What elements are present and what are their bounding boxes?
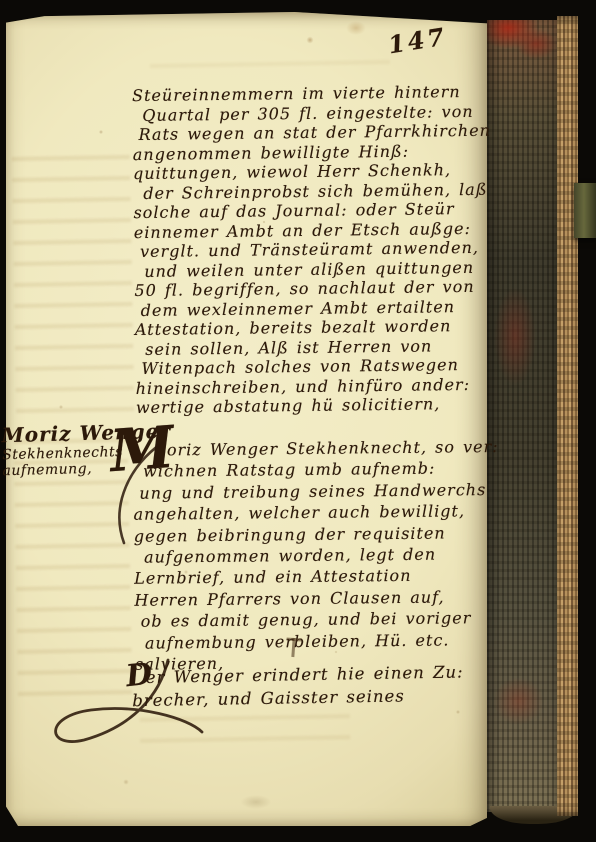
text-line: wertige abstatung hü solicitiern,: [136, 394, 474, 418]
book-fore-edge: [487, 20, 557, 812]
book-clasp: [574, 183, 596, 238]
entry-3: er Wenger erindert hie einen Zu: brecher…: [146, 661, 485, 712]
text-line: angehalten, welcher auch bewilligt,: [133, 500, 471, 525]
page-edge-stripes: [557, 16, 578, 816]
text-line: ob es damit genug, und bei voriger: [141, 607, 473, 632]
text-line: Rats wegen an stat der Pfarrkhirchen: [138, 121, 470, 145]
text-line: aufnembung verbleiben, Hü. etc.: [145, 629, 473, 654]
text-line: aufgenommen worden, legt den: [144, 543, 472, 568]
manuscript-photo: 147 Steüreinnemmern im vierte hintern Qu…: [0, 0, 596, 842]
entry-1: Steüreinnemmern im vierte hintern Quarta…: [132, 82, 474, 418]
entry-2: oriz Wenger Stekhenknecht, so ver: wichn…: [133, 436, 473, 675]
